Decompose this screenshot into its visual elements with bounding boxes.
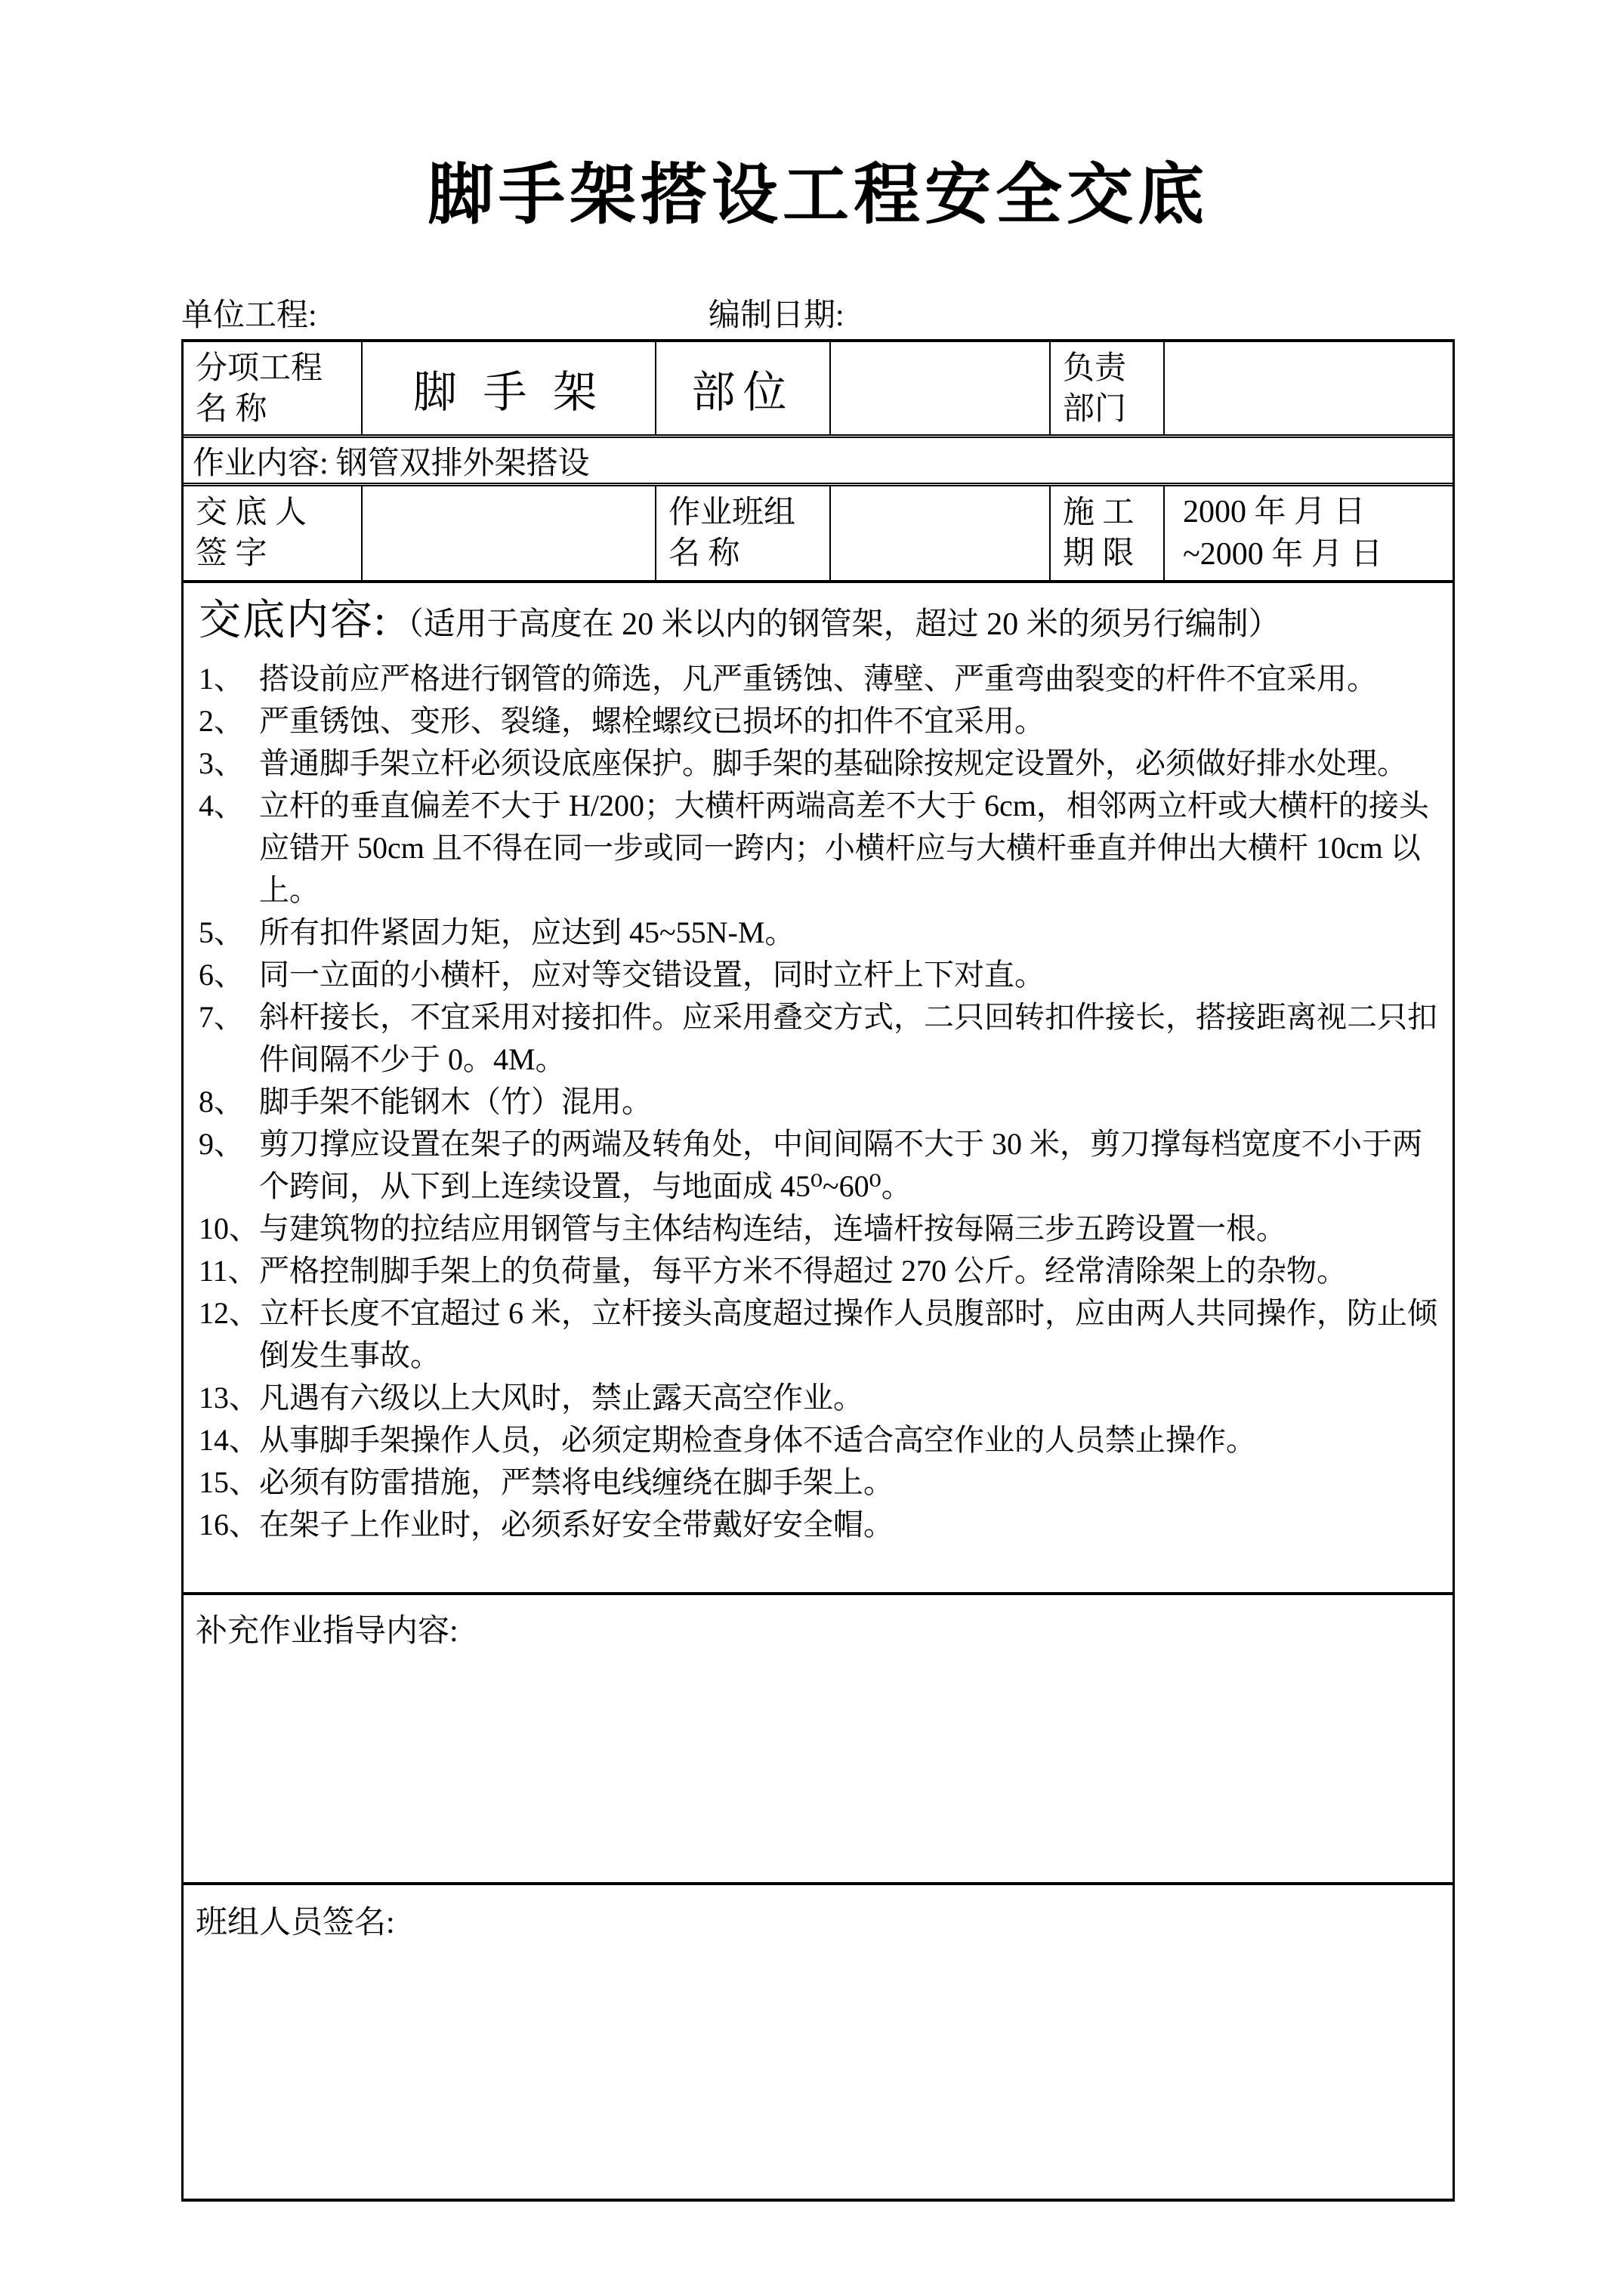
briefing-item-text: 必须有防雷措施，严禁将电线缠绕在脚手架上。 xyxy=(259,1461,1437,1504)
page-title: 脚手架搭设工程安全交底 xyxy=(181,155,1455,238)
team-label-line2: 名 称 xyxy=(668,533,822,574)
signature-label: 班组人员签名: xyxy=(196,1897,1437,1943)
briefing-item-number: 2、 xyxy=(199,700,259,742)
briefing-item-text: 在架子上作业时，必须系好安全带戴好安全帽。 xyxy=(259,1504,1437,1546)
briefing-item-number: 13、 xyxy=(199,1377,259,1419)
briefing-item-text: 严格控制脚手架上的负荷量，每平方米不得超过 270 公斤。经常清除架上的杂物。 xyxy=(259,1250,1437,1292)
briefing-item: 6、 同一立面的小横杆，应对等交错设置，同时立杆上下对直。 xyxy=(199,954,1437,996)
work-content-value: 钢管双排外架搭设 xyxy=(336,438,590,483)
signature-section: 班组人员签名: xyxy=(184,1885,1453,2199)
work-content-label: 作业内容: xyxy=(193,438,329,483)
supplement-label: 补充作业指导内容: xyxy=(196,1606,1437,1651)
briefing-item-number: 11、 xyxy=(199,1250,259,1292)
briefing-content-heading: 交底内容:（适用于高度在 20 米以内的钢管架，超过 20 米的须另行编制） xyxy=(199,591,1437,655)
dept-label-line1: 负责 xyxy=(1063,348,1156,389)
briefing-item: 4、 立杆的垂直偏差不大于 H/200；大横杆两端高差不大于 6cm，相邻两立杆… xyxy=(199,785,1437,912)
document-content: 脚手架搭设工程安全交底 单位工程: 编制日期: 分项工程 名 称 脚 手 架 部… xyxy=(181,0,1455,2202)
briefer-label-line2: 签 字 xyxy=(196,533,354,574)
dept-label-line2: 部门 xyxy=(1063,389,1156,430)
briefing-item-number: 1、 xyxy=(199,658,259,700)
briefing-item: 7、 斜杆接长，不宜采用对接扣件。应采用叠交方式，二只回转扣件接长，搭接距离视二… xyxy=(199,996,1437,1081)
location-value-cell xyxy=(831,342,1051,434)
sub-project-label-cell: 分项工程 名 称 xyxy=(184,342,363,434)
briefing-item-number: 12、 xyxy=(199,1292,259,1377)
briefing-item: 12、 立杆长度不宜超过 6 米，立杆接头高度超过操作人员腹部时，应由两人共同操… xyxy=(199,1292,1437,1377)
briefing-item: 16、 在架子上作业时，必须系好安全带戴好安全帽。 xyxy=(199,1504,1437,1546)
compile-date-label: 编制日期: xyxy=(709,292,844,339)
briefing-item-text: 脚手架不能钢木（竹）混用。 xyxy=(259,1081,1437,1123)
period-value-line2: ~2000 年 月 日 xyxy=(1183,533,1445,576)
briefing-item-number: 6、 xyxy=(199,954,259,996)
period-label-line2: 期 限 xyxy=(1063,533,1156,574)
briefing-item-text: 同一立面的小横杆，应对等交错设置，同时立杆上下对直。 xyxy=(259,954,1437,996)
briefing-content-section: 交底内容:（适用于高度在 20 米以内的钢管架，超过 20 米的须另行编制） 1… xyxy=(184,583,1453,1595)
briefing-item: 15、 必须有防雷措施，严禁将电线缠绕在脚手架上。 xyxy=(199,1461,1437,1504)
table-row-work-content: 作业内容: 钢管双排外架搭设 xyxy=(184,438,1453,486)
briefing-item-number: 15、 xyxy=(199,1461,259,1504)
briefing-item-number: 7、 xyxy=(199,996,259,1081)
briefing-item: 2、 严重锈蚀、变形、裂缝，螺栓螺纹已损坏的扣件不宜采用。 xyxy=(199,700,1437,742)
briefing-content-note: （适用于高度在 20 米以内的钢管架，超过 20 米的须另行编制） xyxy=(392,607,1280,642)
briefing-item-text: 凡遇有六级以上大风时，禁止露天高空作业。 xyxy=(259,1377,1437,1419)
period-label-cell: 施 工 期 限 xyxy=(1051,486,1165,580)
briefing-item-text: 剪刀撑应设置在架子的两端及转角处，中间间隔不大于 30 米，剪刀撑每档宽度不小于… xyxy=(259,1123,1437,1208)
unit-project-label: 单位工程: xyxy=(181,298,317,333)
briefing-item-text: 与建筑物的拉结应用钢管与主体结构连结，连墙杆按每隔三步五跨设置一根。 xyxy=(259,1208,1437,1250)
briefing-item-list: 1、 搭设前应严格进行钢管的筛选，凡严重锈蚀、薄壁、严重弯曲裂变的杆件不宜采用。… xyxy=(199,658,1437,1546)
team-label-line1: 作业班组 xyxy=(668,492,822,533)
briefing-item-number: 4、 xyxy=(199,785,259,912)
briefing-item: 10、 与建筑物的拉结应用钢管与主体结构连结，连墙杆按每隔三步五跨设置一根。 xyxy=(199,1208,1437,1250)
sub-project-value: 脚 手 架 xyxy=(363,342,656,434)
table-row-subproject: 分项工程 名 称 脚 手 架 部位 负责 部门 xyxy=(184,342,1453,438)
sub-project-label-line2: 名 称 xyxy=(196,389,354,430)
briefing-item-number: 14、 xyxy=(199,1419,259,1461)
briefing-item-text: 严重锈蚀、变形、裂缝，螺栓螺纹已损坏的扣件不宜采用。 xyxy=(259,700,1437,742)
briefing-item-text: 搭设前应严格进行钢管的筛选，凡严重锈蚀、薄壁、严重弯曲裂变的杆件不宜采用。 xyxy=(259,658,1437,700)
briefing-item-text: 斜杆接长，不宜采用对接扣件。应采用叠交方式，二只回转扣件接长，搭接距离视二只扣件… xyxy=(259,996,1437,1081)
period-value-cell: 2000 年 月 日 ~2000 年 月 日 xyxy=(1165,486,1453,580)
briefing-content-label: 交底内容: xyxy=(199,597,387,644)
briefing-item-number: 16、 xyxy=(199,1504,259,1546)
briefing-item: 13、 凡遇有六级以上大风时，禁止露天高空作业。 xyxy=(199,1377,1437,1419)
briefing-item: 8、 脚手架不能钢木（竹）混用。 xyxy=(199,1081,1437,1123)
briefing-item-number: 5、 xyxy=(199,912,259,954)
location-label: 部位 xyxy=(656,342,831,434)
supplement-section: 补充作业指导内容: xyxy=(184,1595,1453,1885)
briefing-item-text: 从事脚手架操作人员，必须定期检查身体不适合高空作业的人员禁止操作。 xyxy=(259,1419,1437,1461)
briefing-item-text: 普通脚手架立杆必须设底座保护。脚手架的基础除按规定设置外，必须做好排水处理。 xyxy=(259,742,1437,785)
sub-project-label-line1: 分项工程 xyxy=(196,348,354,389)
document-page: 脚手架搭设工程安全交底 单位工程: 编制日期: 分项工程 名 称 脚 手 架 部… xyxy=(0,0,1624,2293)
briefing-item: 3、 普通脚手架立杆必须设底座保护。脚手架的基础除按规定设置外，必须做好排水处理… xyxy=(199,742,1437,785)
briefing-item: 11、 严格控制脚手架上的负荷量，每平方米不得超过 270 公斤。经常清除架上的… xyxy=(199,1250,1437,1292)
briefer-signature-cell xyxy=(363,486,656,580)
briefing-item: 9、 剪刀撑应设置在架子的两端及转角处，中间间隔不大于 30 米，剪刀撑每档宽度… xyxy=(199,1123,1437,1208)
dept-value-cell xyxy=(1165,342,1453,434)
briefer-label-line1: 交 底 人 xyxy=(196,492,354,533)
briefing-item-number: 8、 xyxy=(199,1081,259,1123)
briefing-item-number: 10、 xyxy=(199,1208,259,1250)
table-row-briefer: 交 底 人 签 字 作业班组 名 称 施 工 期 限 2000 年 月 日 ~2… xyxy=(184,486,1453,583)
briefing-item-number: 9、 xyxy=(199,1123,259,1208)
team-value-cell xyxy=(831,486,1051,580)
team-label-cell: 作业班组 名 称 xyxy=(656,486,831,580)
briefing-item: 1、 搭设前应严格进行钢管的筛选，凡严重锈蚀、薄壁、严重弯曲裂变的杆件不宜采用。 xyxy=(199,658,1437,700)
meta-row: 单位工程: 编制日期: xyxy=(181,292,1455,339)
briefing-item-text: 所有扣件紧固力矩，应达到 45~55N-M。 xyxy=(259,912,1437,954)
period-label-line1: 施 工 xyxy=(1063,492,1156,533)
briefing-item-text: 立杆长度不宜超过 6 米，立杆接头高度超过操作人员腹部时，应由两人共同操作，防止… xyxy=(259,1292,1437,1377)
info-table: 分项工程 名 称 脚 手 架 部位 负责 部门 作业内容: 钢管双排外架搭设 交 xyxy=(181,339,1455,2202)
briefing-item: 5、 所有扣件紧固力矩，应达到 45~55N-M。 xyxy=(199,912,1437,954)
briefing-item-text: 立杆的垂直偏差不大于 H/200；大横杆两端高差不大于 6cm，相邻两立杆或大横… xyxy=(259,785,1437,912)
period-value-line1: 2000 年 月 日 xyxy=(1183,491,1445,533)
briefing-item-number: 3、 xyxy=(199,742,259,785)
briefer-label-cell: 交 底 人 签 字 xyxy=(184,486,363,580)
briefing-item: 14、 从事脚手架操作人员，必须定期检查身体不适合高空作业的人员禁止操作。 xyxy=(199,1419,1437,1461)
dept-label-cell: 负责 部门 xyxy=(1051,342,1165,434)
